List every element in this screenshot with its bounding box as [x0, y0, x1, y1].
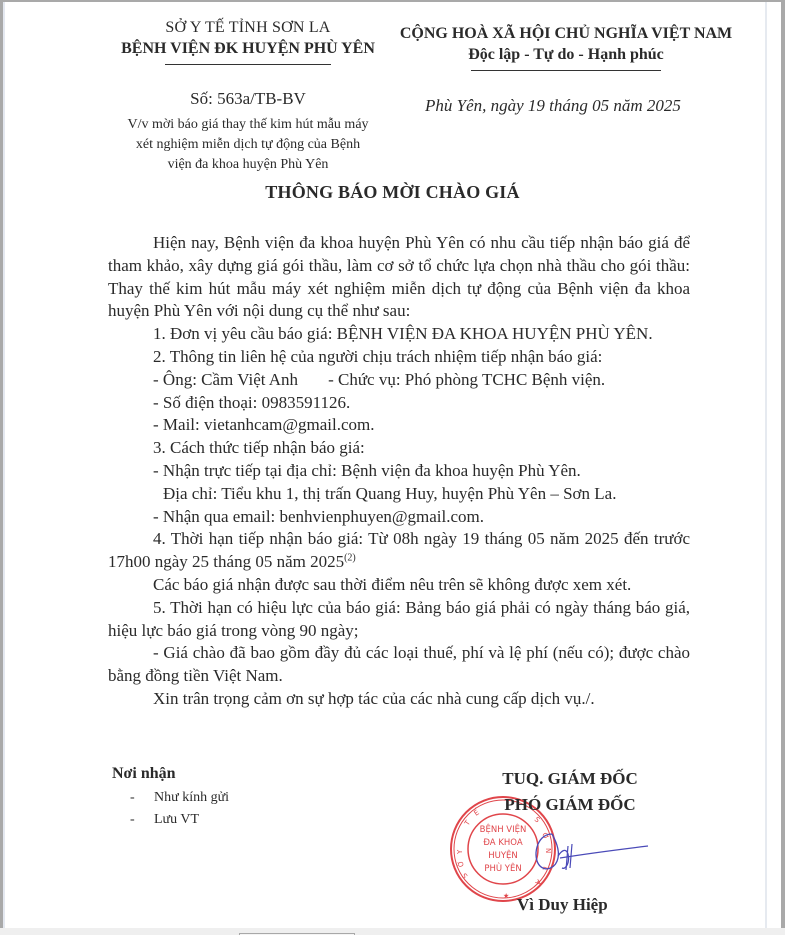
national-motto: Độc lập - Tự do - Hạnh phúc — [390, 44, 742, 66]
viewer-bottom-bar — [0, 928, 785, 935]
issuer-ministry: SỞ Y TẾ TỈNH SƠN LA — [100, 18, 396, 38]
document-number: Số: 563a/TB-BV — [100, 89, 396, 109]
item-2: 2. Thông tin liên hệ của người chịu trác… — [108, 346, 690, 369]
item-1: 1. Đơn vị yêu cầu báo giá: BỆNH VIỆN ĐA … — [108, 323, 690, 346]
receive-direct: - Nhận trực tiếp tại địa chỉ: Bệnh viện … — [108, 460, 690, 483]
signature-title: PHÓ GIÁM ĐỐC — [470, 792, 670, 818]
svg-text:Y: Y — [456, 849, 464, 855]
recipients: Nơi nhận -Như kính gửi -Lưu VT — [112, 764, 229, 831]
intro-paragraph: Hiện nay, Bệnh viện đa khoa huyện Phù Yê… — [108, 232, 690, 323]
contact-row: - Ông: Cầm Việt Anh- Chức vụ: Phó phòng … — [108, 369, 690, 392]
national-name: CỘNG HOÀ XÃ HỘI CHỦ NGHĨA VIỆT NAM — [390, 24, 742, 44]
issuer-header: SỞ Y TẾ TỈNH SƠN LA BỆNH VIỆN ĐK HUYỆN P… — [100, 18, 396, 65]
recipient-item: -Như kính gửi — [112, 787, 229, 809]
signature-authority: TUQ. GIÁM ĐỐC — [470, 766, 670, 792]
place-date: Phù Yên, ngày 19 tháng 05 năm 2025 — [425, 96, 681, 116]
thanks: Xin trân trọng cảm ơn sự hợp tác của các… — [108, 688, 690, 711]
late-notice: Các báo giá nhận được sau thời điểm nêu … — [108, 574, 690, 597]
signature-block: TUQ. GIÁM ĐỐC PHÓ GIÁM ĐỐC — [470, 766, 670, 818]
svg-text:BỆNH VIỆN: BỆNH VIỆN — [480, 823, 527, 835]
document-body: Hiện nay, Bệnh viện đa khoa huyện Phù Yê… — [108, 232, 690, 711]
svg-text:ĐA KHOA: ĐA KHOA — [483, 838, 522, 848]
receive-email: - Nhận qua email: benhvienphuyen@gmail.c… — [108, 506, 690, 529]
item-5: 5. Thời hạn có hiệu lực của báo giá: Bản… — [108, 597, 690, 643]
issuer-hospital: BỆNH VIỆN ĐK HUYỆN PHÙ YÊN — [100, 38, 396, 60]
footnote-marker: (2) — [344, 553, 356, 564]
document-viewer: SỞ Y TẾ TỈNH SƠN LA BỆNH VIỆN ĐK HUYỆN P… — [0, 0, 785, 935]
subject-line: xét nghiệm miễn dịch tự động của Bệnh — [110, 135, 386, 155]
document-subject: V/v mời báo giá thay thế kim hút mẫu máy… — [110, 115, 386, 175]
document-title: THÔNG BÁO MỜI CHÀO GIÁ — [0, 182, 785, 203]
item-4: 4. Thời hạn tiếp nhận báo giá: Từ 08h ng… — [108, 528, 690, 574]
item-4-text: 4. Thời hạn tiếp nhận báo giá: Từ 08h ng… — [108, 529, 690, 571]
contact-name: - Ông: Cầm Việt Anh — [153, 370, 298, 389]
subject-line: viện đa khoa huyện Phù Yên — [110, 155, 386, 175]
bullet-dash: - — [112, 787, 154, 809]
page-edge-left — [3, 2, 5, 928]
subject-line: V/v mời báo giá thay thế kim hút mẫu máy — [110, 115, 386, 135]
issuer-underline — [165, 64, 331, 65]
contact-mail: - Mail: vietanhcam@gmail.com. — [108, 414, 690, 437]
svg-text:PHÙ YÊN: PHÙ YÊN — [484, 862, 521, 874]
svg-text:Ở: Ở — [454, 859, 466, 868]
item-3: 3. Cách thức tiếp nhận báo giá: — [108, 437, 690, 460]
handwritten-signature-icon — [530, 828, 650, 878]
svg-text:★: ★ — [503, 892, 509, 900]
price-note: - Giá chào đã bao gồm đầy đủ các loại th… — [108, 642, 690, 688]
signer-name: Vì Duy Hiệp — [517, 895, 608, 915]
recipients-label: Nơi nhận — [112, 764, 229, 784]
svg-text:T: T — [463, 818, 473, 828]
receive-address: Địa chỉ: Tiểu khu 1, thị trấn Quang Huy,… — [108, 483, 690, 506]
page-edge-right — [765, 2, 767, 928]
bullet-dash: - — [112, 809, 154, 831]
contact-position: - Chức vụ: Phó phòng TCHC Bệnh viện. — [328, 370, 605, 389]
national-header: CỘNG HOÀ XÃ HỘI CHỦ NGHĨA VIỆT NAM Độc l… — [390, 24, 742, 71]
recipient-item: -Lưu VT — [112, 809, 229, 831]
contact-phone: - Số điện thoại: 0983591126. — [108, 392, 690, 415]
motto-underline — [471, 70, 661, 71]
svg-text:HUYỆN: HUYỆN — [488, 849, 518, 861]
recipients-list: -Như kính gửi -Lưu VT — [112, 787, 229, 831]
